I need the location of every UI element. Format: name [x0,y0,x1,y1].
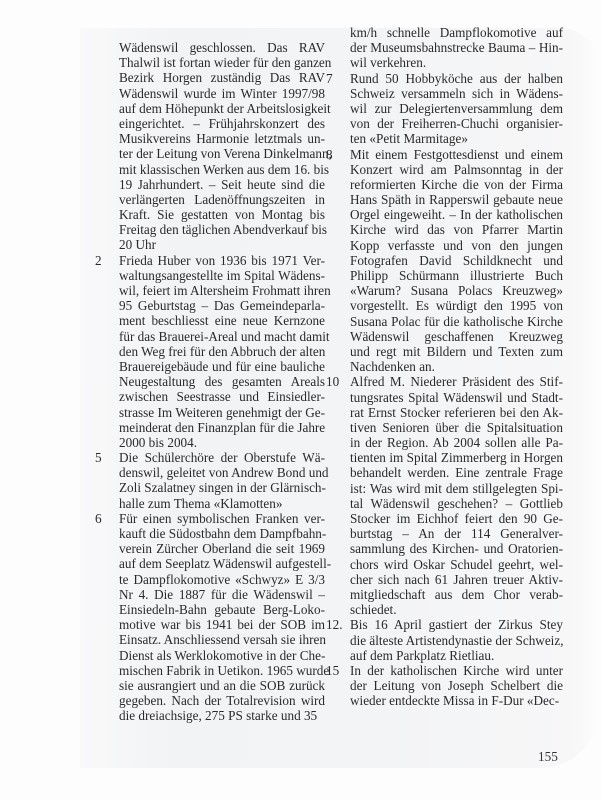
text-line: te Dampflokomotive «Schwyz» E 3/3 [119,572,325,587]
text-line: tungsrates Spital Wädenswil und Stadt- [350,390,563,405]
text-line: Nachdenken an. [350,359,563,374]
text-line: 8Mit einem Festgottesdienst und einem [350,147,563,162]
text-line: 12.Bis 16 April gastiert der Zirkus Stey [350,617,563,632]
text-line: tiven Senioren über die Spitalsituation [350,420,563,435]
text-line: strasse Im Weiteren genehmigt der Ge- [119,405,325,420]
chronicle-entry: 12.Bis 16 April gastiert der Zirkus Stey… [350,617,563,663]
text-line: cher sich nach 61 Jahren treuer Aktiv- [350,572,563,587]
text-line: Einsatz. Anschliessend versah sie ihren [119,632,325,647]
text-line: mitgliedschaft aus dem Chor verab- [350,587,563,602]
text-line: Kirche wird das von Pfarrer Martin [350,222,563,237]
text-line: Konzert wird am Palmsonntag in der [350,162,563,177]
text-line: denswil, geleitet von Andrew Bond und [119,465,325,480]
text-line: Bezirk Horgen zuständig Das RAV [119,70,325,85]
text-line: ten «Petit Marmitage» [350,131,563,146]
text-line: mischen Fabrik in Uetikon. 1965 wurde [119,663,325,678]
text-line: Fotografen David Schildknecht und [350,253,563,268]
text-line: den Weg frei für den Abbruch der alten [119,344,325,359]
chronicle-entry: 2Frieda Huber von 1936 bis 1971 Ver-walt… [119,253,325,450]
text-line: Stocker im Eichhof feiert den 90 Ge- [350,511,563,526]
chronicle-entry: 5Die Schülerchöre der Oberstufe Wä-densw… [119,450,325,511]
left-text-column: Wädenswil geschlossen. Das RAVThalwil is… [119,40,325,723]
text-line: die dreiachsige, 275 PS starke und 35 [119,708,325,723]
text-line: «Warum? Susana Polacs Kreuzweg» [350,283,563,298]
text-line: der Leitung von Joseph Schelbert die [350,678,563,693]
entry-date-number: 5 [95,450,111,465]
chronicle-entry: 15In der katholischen Kirche wird unterd… [350,663,563,709]
entry-date-number: 8 [326,147,342,162]
text-line: mit klassischen Werken aus dem 16. bis [119,162,325,177]
text-line: Hans Späth in Rapperswil gebaute neue [350,192,563,207]
text-line: schiedet. [350,602,563,617]
text-line: und regt mit Bildern und Texten zum [350,344,563,359]
chronicle-entry: Wädenswil geschlossen. Das RAVThalwil is… [119,40,325,253]
entry-date-number: 6 [95,511,111,526]
text-line: rat Ernst Stocker referieren bei den Ak- [350,405,563,420]
text-line: für das Brauerei-Areal und macht damit [119,329,325,344]
text-line: Kraft. Sie gestatten von Montag bis [119,207,325,222]
entry-date-number: 7 [326,71,342,86]
text-line: 7Rund 50 Hobbyköche aus der halben [350,71,563,86]
text-line: die älteste Artistendynastie der Schweiz… [350,633,563,648]
text-line: motive war bis 1941 bei der SOB im [119,617,325,632]
text-line: ist: Was wird mit dem stillgelegten Spi- [350,481,563,496]
chronicle-entry: 7Rund 50 Hobbyköche aus der halbenSchwei… [350,71,563,147]
text-line: 20 Uhr [119,237,325,252]
text-line: wil zur Delegiertenversammlung dem [350,101,563,116]
text-line: 15In der katholischen Kirche wird unter [350,663,563,678]
text-line: meinderat den Finanzplan für die Jahre [119,420,325,435]
text-line: Kopp verfasste und von den jungen [350,238,563,253]
text-line: Susana Polac für die katholische Kirche [350,314,563,329]
text-line: verein Zürcher Oberland die seit 1969 [119,541,325,556]
text-line: verlängerten Ladenöffnungszeiten in [119,192,325,207]
text-line: Schweiz versammeln sich in Wädens- [350,86,563,101]
entry-date-number: 2 [95,253,111,268]
page-number: 155 [538,749,558,765]
text-line: kauft die Südostbahn dem Dampfbahn- [119,526,325,541]
text-line: Wädenswil geschaffenen Kreuzweg [350,329,563,344]
right-text-column: km/h schnelle Dampflokomotive aufder Mus… [350,25,563,708]
chronicle-entry: km/h schnelle Dampflokomotive aufder Mus… [350,25,563,71]
text-line: sammlung des Kirchen- und Oratorien- [350,541,563,556]
text-line: wil, feiert im Altersheim Frohmatt ihren [119,283,325,298]
text-line: Zoli Szalatney singen in der Glärnisch- [119,480,325,495]
text-line: Thalwil ist fortan wieder für den ganzen [119,55,325,70]
text-line: sie ausrangiert und an die SOB zurück [119,678,325,693]
text-line: ter der Leitung von Verena Dinkelmann, [119,146,325,161]
entry-date-number: 15 [326,663,342,678]
entry-date-number: 12. [326,617,342,632]
text-line: tal Wädenswil geschehen? – Gottlieb [350,496,563,511]
text-line: behandelt werden. Eine zentrale Frage [350,465,563,480]
text-line: von der Freiherren-Chuchi organisier- [350,116,563,131]
text-line: in der Region. Ab 2004 sollen alle Pa- [350,435,563,450]
text-line: Brauereigebäude und für eine bauliche [119,359,325,374]
text-line: auf dem Höhepunkt der Arbeitslosigkeit [119,101,325,116]
text-line: auf dem Parkplatz Rietliau. [350,648,563,663]
text-line: Philipp Schürmann illustrierte Buch [350,268,563,283]
text-line: waltungsangestellte im Spital Wädens- [119,268,325,283]
text-line: ment beschliesst eine neue Kernzone [119,313,325,328]
text-line: 2Frieda Huber von 1936 bis 1971 Ver- [119,253,325,268]
text-line: 95 Geburtstag – Das Gemeindeparla- [119,298,325,313]
text-line: 6Für einen symbolischen Franken ver- [119,511,325,526]
text-line: 19 Jahrhundert. – Seit heute sind die [119,177,325,192]
chronicle-entry: 8Mit einem Festgottesdienst und einemKon… [350,147,563,375]
text-line: Wädenswil geschlossen. Das RAV [119,40,325,55]
text-line: Musikvereins Harmonie letztmals un- [119,131,325,146]
text-line: 5Die Schülerchöre der Oberstufe Wä- [119,450,325,465]
text-line: auf dem Seeplatz Wädenswil aufgestell- [119,556,325,571]
text-line: burtstag – An der 114 Generalver- [350,526,563,541]
text-line: der Museumsbahnstrecke Bauma – Hin- [350,40,563,55]
text-line: Freitag den täglichen Abendverkauf bis [119,222,325,237]
text-line: 10Alfred M. Niederer Präsident des Stif- [350,374,563,389]
text-line: gegeben. Nach der Totalrevision wird [119,693,325,708]
chronicle-entry: 6Für einen symbolischen Franken ver-kauf… [119,511,325,724]
text-line: tienten im Spital Zimmerberg in Horgen [350,450,563,465]
text-line: eingerichtet. – Frühjahrskonzert des [119,116,325,131]
text-line: wieder entdeckte Missa in F-Dur «Dec- [350,693,563,708]
text-line: km/h schnelle Dampflokomotive auf [350,25,563,40]
text-line: 2000 bis 2004. [119,435,325,450]
text-line: vorgestellt. Es würdigt den 1995 von [350,298,563,313]
text-line: halle zum Thema «Klamotten» [119,496,325,511]
chronicle-entry: 10Alfred M. Niederer Präsident des Stif-… [350,374,563,617]
text-line: Orgel eingeweiht. – In der katholischen [350,207,563,222]
text-line: zwischen Seestrasse und Einsiedler- [119,389,325,404]
text-line: reformierten Kirche die von der Firma [350,177,563,192]
text-line: Nr 4. Die 1887 für die Wädenswil – [119,587,325,602]
entry-date-number: 10 [326,374,342,389]
text-line: Wädenswil wurde im Winter 1997/98 [119,86,325,101]
text-line: wil verkehren. [350,55,563,70]
text-line: Dienst als Werklokomotive in der Che- [119,648,325,663]
text-line: Einsiedeln-Bahn gebaute Berg-Loko- [119,602,325,617]
text-line: Neugestaltung des gesamten Areals [119,374,325,389]
text-line: chors wird Oskar Schudel geehrt, wel- [350,557,563,572]
